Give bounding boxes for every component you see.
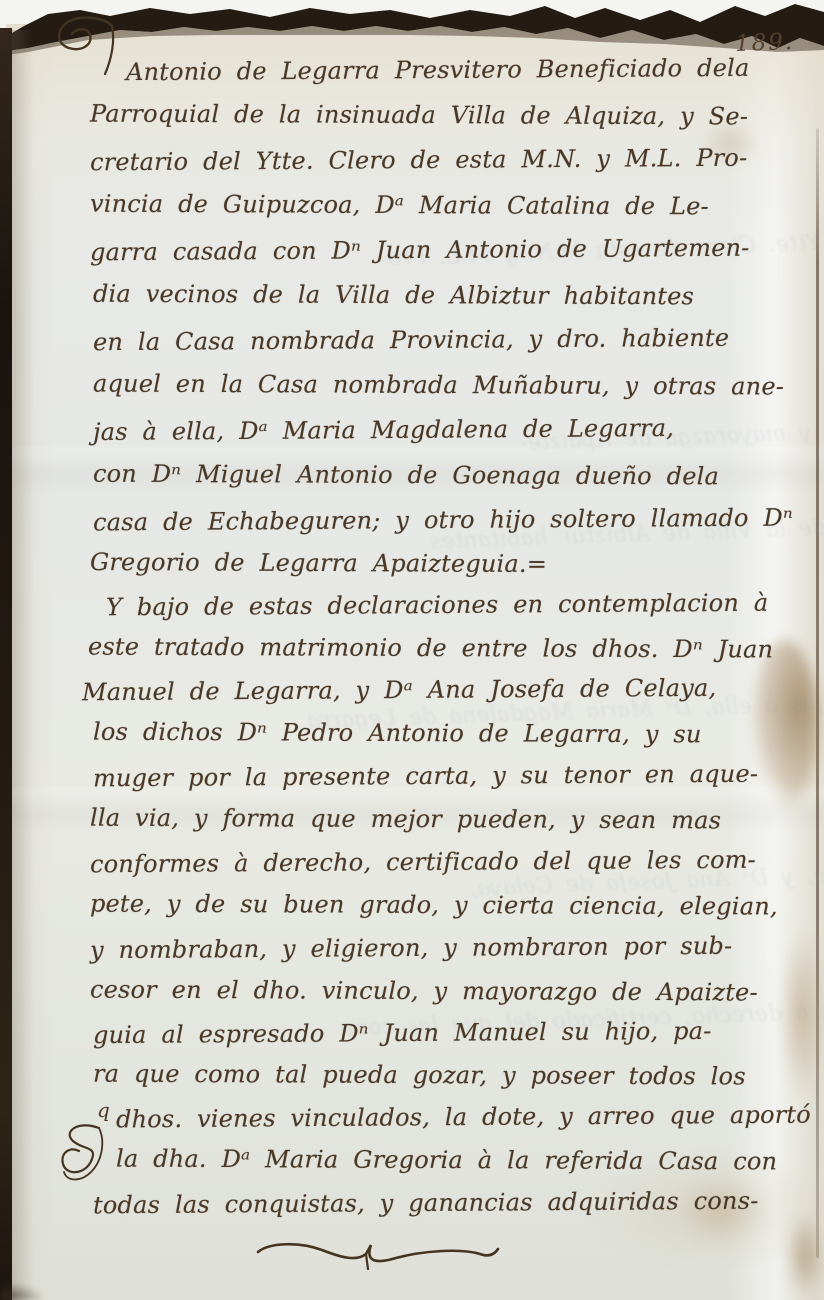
manuscript-line: en la Casa nombrada Provincia, y dro. ha… — [93, 324, 729, 356]
manuscript-line: con Dⁿ Miguel Antonio de Goenaga dueño d… — [93, 460, 719, 491]
manuscript-line: muger por la presente carta, y su tenor … — [93, 760, 758, 793]
manuscript-line: dia vecinos de la Villa de Albiztur habi… — [93, 280, 694, 311]
manuscript-line: pete, y de su buen grado, y cierta cienc… — [90, 889, 778, 920]
manuscript-line: Y bajo de estas declaraciones en contemp… — [106, 589, 769, 622]
manuscript-line: Gregorio de Legarra Apaizteguia.= — [90, 548, 547, 578]
manuscript-line: Manuel de Legarra, y Dᵃ Ana Josefa de Ce… — [82, 674, 716, 706]
manuscript-line: jas à ella, Dᵃ Maria Magdalena de Legarr… — [93, 414, 674, 446]
manuscript-line: ra que como tal pueda gozar, y poseer to… — [93, 1060, 746, 1091]
opening-flourish-icon — [52, 16, 124, 78]
manuscript-line: conformes à derecho, certificado del que… — [90, 846, 756, 879]
scanned-manuscript-page: cretario del Ytte. Clero de esta M.N. y … — [0, 0, 824, 1300]
margin-paragraph-flourish-icon — [55, 1120, 111, 1190]
manuscript-line: la dha. Dᵃ Maria Gregoria à la referida … — [116, 1145, 777, 1176]
manuscript-line: vincia de Guipuzcoa, Dᵃ Maria Catalina d… — [90, 190, 709, 221]
manuscript-line: los dichos Dⁿ Pedro Antonio de Legarra, … — [93, 718, 702, 749]
page-number: 189. — [735, 29, 795, 57]
manuscript-line: cretario del Ytte. Clero de esta M.N. y … — [90, 144, 748, 177]
manuscript-line: aquel en la Casa nombrada Muñaburu, y ot… — [93, 369, 784, 400]
margin-abbreviation-q: q — [97, 1098, 110, 1122]
manuscript-line: garra casada con Dⁿ Juan Antonio de Ugar… — [90, 234, 750, 267]
manuscript-line: dhos. vienes vinculados, la dote, y arre… — [116, 1101, 811, 1134]
manuscript-line: y nombraban, y eligieron, y nombraron po… — [90, 932, 733, 964]
end-of-text-flourish-icon — [252, 1238, 504, 1274]
manuscript-line: Parroquial de la insinuada Villa de Alqu… — [90, 100, 748, 131]
manuscript-line: guia al espresado Dⁿ Juan Manuel su hijo… — [93, 1017, 712, 1049]
manuscript-line: Antonio de Legarra Presvitero Beneficiad… — [126, 54, 750, 86]
manuscript-line: cesor en el dho. vinculo, y mayorazgo de… — [90, 976, 758, 1007]
manuscript-text-block: 189. Antonio de Legarra Presvitero Benef… — [0, 0, 824, 1300]
manuscript-line: casa de Echabeguren; y otro hijo soltero… — [93, 504, 793, 537]
manuscript-line: lla via, y forma que mejor pueden, y sea… — [90, 804, 721, 835]
manuscript-line: todas las conquistas, y ganancias adquir… — [93, 1187, 759, 1220]
manuscript-line: este tratado matrimonio de entre los dho… — [88, 633, 773, 664]
